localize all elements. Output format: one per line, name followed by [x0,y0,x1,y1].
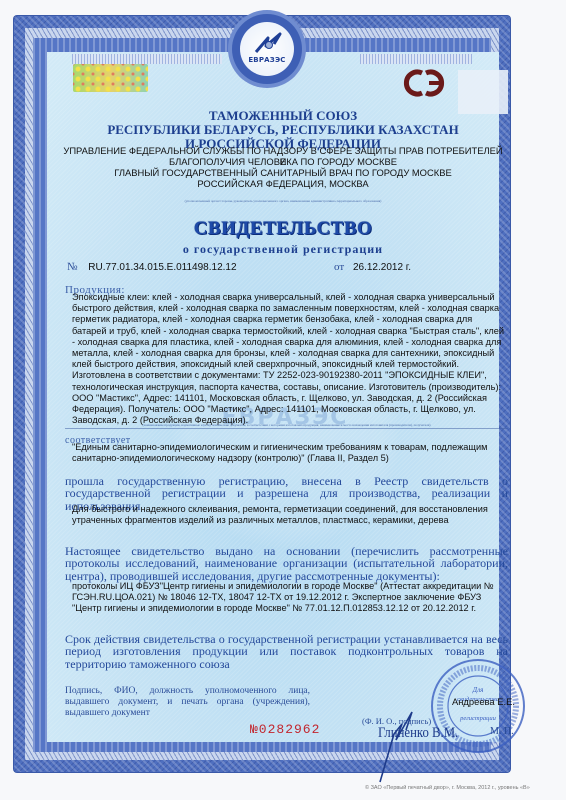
hologram-sticker [73,64,148,92]
eurasec-emblem: ЕВРАЗЭС [232,14,302,84]
printer-note: © ЗАО «Первый печатный двор», г. Москва,… [365,785,530,791]
usage-text: Для быстрого и надежного склеивания, рем… [72,504,507,526]
eurasec-emblem-icon [254,32,282,54]
product-caption: (наименование продукции, нормативные и (… [65,423,508,427]
customs-union-ce-mark-icon [400,66,450,100]
registration-date: 26.12.2012 г. [353,262,411,273]
signer-name: Глиненко В.М. [378,725,458,742]
svg-text:Для: Для [472,686,484,694]
authority-caption: (уполномоченный орган Стороны, руководит… [60,199,506,203]
emblem-label: ЕВРАЗЭС [240,56,294,64]
number-label: № [67,261,78,273]
conformity-text: "Единым санитарно-эпидемиологическим и г… [72,442,507,464]
authority-line-2: БЛАГОПОЛУЧИЯ ЧЕЛОВЕКА ПО ГОРОДУ МОСКВЕ [60,156,506,167]
svg-text:регистрации: регистрации [459,715,497,722]
authority-line-4: РОССИЙСКАЯ ФЕДЕРАЦИЯ, МОСКВА [60,178,506,189]
decor-strip-left [72,54,222,64]
stamp-signer: Андреева Е.Е. [452,696,515,707]
registration-number: RU.77.01.34.015.Е.011498.12.12 [88,262,236,273]
basis-intro: Настоящее свидетельство выдано на основа… [65,545,508,582]
registration-number-row: № RU.77.01.34.015.Е.011498.12.12 [67,261,237,273]
document-title: СВИДЕТЕЛЬСТВО [47,218,519,240]
date-label: от [334,261,344,273]
product-description: Эпоксидные клеи: клей - холодная сварка … [72,292,507,426]
document-subtitle: о государственной регистрации [47,242,519,257]
basis-text: протоколы ИЦ ФБУЗ"Центр гигиены и эпидем… [72,581,507,615]
authority-line-3: ГЛАВНЫЙ ГОСУДАРСТВЕННЫЙ САНИТАРНЫЙ ВРАЧ … [60,167,506,178]
seal-label: М. П. [490,726,514,737]
decor-strip-right [360,54,472,64]
divider [65,428,508,429]
serial-number: №0282962 [250,722,320,737]
registration-date-row: от 26.12.2012 г. [334,261,411,273]
signature-caption: Подпись, ФИО, должность уполномоченного … [65,686,310,719]
